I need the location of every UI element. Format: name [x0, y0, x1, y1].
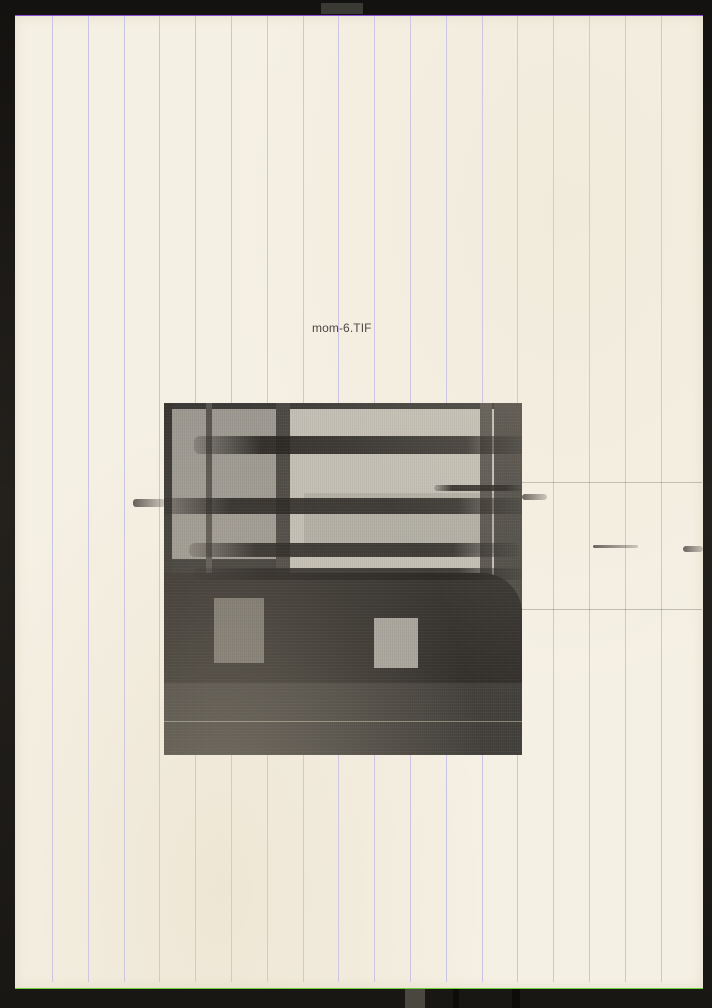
ink-smear	[593, 545, 638, 548]
paper-sheet: mom-6.TIF	[15, 15, 703, 989]
scanner-top-tab	[321, 3, 363, 14]
printed-photo	[164, 403, 522, 755]
ruling-line	[553, 16, 554, 982]
image-caption: mom-6.TIF	[312, 321, 372, 335]
scanner-clip	[512, 988, 520, 1008]
ink-smear	[522, 494, 547, 500]
scanner-clip	[453, 988, 459, 1008]
scanner-clip	[405, 988, 425, 1008]
ruling-line	[625, 16, 626, 982]
ink-smear	[133, 499, 165, 507]
ink-smear	[683, 546, 703, 552]
ruling-line	[124, 16, 125, 982]
ruling-line	[52, 16, 53, 982]
ruling-line	[88, 16, 89, 982]
ruling-line	[589, 16, 590, 982]
scan-streak	[522, 482, 702, 483]
scan-streak	[522, 609, 702, 610]
ruling-line	[661, 16, 662, 982]
